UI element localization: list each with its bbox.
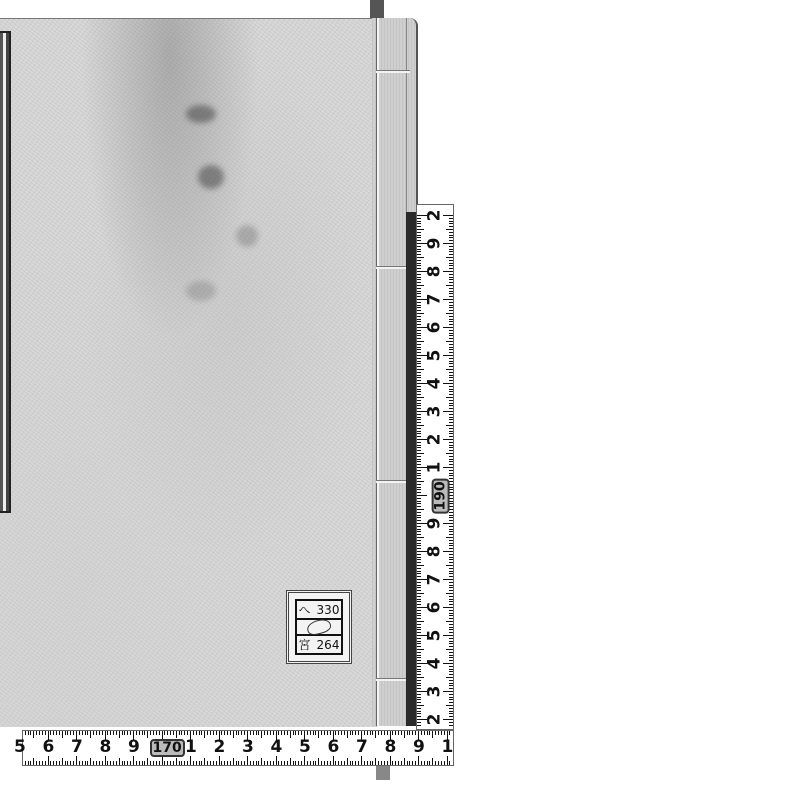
ruler-tick (449, 400, 453, 401)
ruler-tick (449, 352, 453, 353)
ruler-tick (449, 405, 453, 406)
ruler-tick (449, 562, 453, 563)
ruler-tick (449, 316, 453, 317)
ruler-tick (417, 638, 421, 639)
ruler-tick (270, 761, 271, 765)
ruler-tick (417, 641, 421, 642)
ruler-tick (417, 627, 421, 628)
ruler-tick (318, 731, 319, 738)
ruler-tick (449, 638, 453, 639)
ruler-tick (417, 568, 421, 569)
ruler-tick (435, 761, 436, 765)
ruler-tick (417, 464, 421, 465)
page-shadow-edge (406, 212, 416, 726)
ruler-tick (417, 305, 421, 306)
ruler-tick (417, 599, 421, 600)
ruler-tick (449, 456, 453, 457)
ruler-tick (358, 761, 359, 765)
ruler-tick (147, 758, 148, 765)
ruler-tick (238, 761, 239, 765)
seal-stamp-icon (306, 617, 333, 637)
ruler-tick (59, 761, 60, 765)
binding-stitch (376, 480, 410, 483)
ruler-tick (273, 731, 274, 735)
ruler-tick (446, 313, 453, 314)
ruler-tick (449, 344, 453, 345)
ruler-tick (150, 761, 151, 765)
ruler-tick (417, 503, 421, 504)
ruler-tick (417, 422, 421, 423)
ruler-tick (102, 761, 103, 765)
ruler-tick (417, 475, 421, 476)
ruler-tick (417, 282, 421, 283)
ruler-tick (184, 731, 185, 735)
ruler-tick (443, 607, 453, 608)
label-number: 330 (317, 603, 340, 617)
ruler-tick (256, 761, 257, 765)
ruler-tick (449, 475, 453, 476)
ruler-tick (417, 324, 421, 325)
ruler-tick (446, 285, 453, 286)
ruler-tick (417, 237, 421, 238)
ruler-tick (350, 731, 351, 735)
binding-strap-bottom (376, 766, 390, 780)
ruler-tick (417, 557, 421, 558)
ruler-tick (417, 632, 421, 633)
ruler-tick (443, 243, 453, 244)
ruler-tick (390, 756, 391, 765)
horizontal-measuring-ruler: 567891701234567891 (22, 730, 454, 766)
ruler-tick (449, 265, 453, 266)
ruler-tick (147, 731, 148, 738)
ruler-tick (417, 601, 421, 602)
ruler-tick (432, 758, 433, 765)
ruler-tick (417, 711, 421, 712)
ruler-tick (449, 534, 453, 535)
ruler-tick (417, 669, 421, 670)
ruler-tick (30, 731, 31, 735)
ruler-tick (449, 307, 453, 308)
ruler-tick (417, 232, 421, 233)
ruler-tick (50, 731, 51, 735)
ruler-tick (153, 761, 154, 765)
ruler-tick (82, 731, 83, 735)
ruler-tick (449, 268, 453, 269)
ruler-tick (449, 571, 453, 572)
ruler-tick (449, 459, 453, 460)
ruler-label: 4 (271, 739, 283, 756)
ruler-tick (417, 473, 421, 474)
ruler-tick (415, 761, 416, 765)
ruler-tick (449, 386, 453, 387)
ruler-tick (449, 515, 453, 516)
ruler-tick (417, 347, 421, 348)
ruler-tick (417, 257, 424, 258)
ruler-tick (417, 618, 421, 619)
ruler-tick (443, 299, 453, 300)
ruler-tick (449, 671, 453, 672)
label-row-3: 宮 264 (297, 636, 341, 653)
ruler-tick (417, 291, 421, 292)
ruler-tick (443, 355, 453, 356)
ruler-tick (417, 545, 421, 546)
ruler-tick (53, 731, 54, 735)
ruler-tick (417, 363, 421, 364)
ruler-tick (253, 761, 254, 765)
ruler-tick (36, 731, 37, 735)
ruler-tick (449, 408, 453, 409)
ruler-tick (67, 761, 68, 765)
ruler-tick (207, 761, 208, 765)
ruler-tick (417, 433, 421, 434)
ruler-tick (401, 761, 402, 765)
ruler-label: 6 (328, 739, 340, 756)
ruler-tick (417, 386, 421, 387)
ruler-tick (321, 731, 322, 735)
ruler-label: 6 (426, 322, 443, 334)
ruler-tick (278, 731, 279, 735)
ruler-tick (449, 613, 453, 614)
ruler-tick (181, 731, 182, 735)
ruler-tick (417, 484, 421, 485)
ruler-tick (407, 761, 408, 765)
ruler-tick (347, 758, 348, 765)
ruler-tick (417, 559, 421, 560)
ruler-tick (417, 369, 424, 370)
ruler-tick (50, 761, 51, 765)
ruler-tick (449, 291, 453, 292)
ruler-tick (238, 731, 239, 735)
ruler-tick (449, 380, 453, 381)
ruler-tick (25, 731, 26, 735)
ruler-tick (449, 716, 453, 717)
ruler-tick (378, 731, 379, 735)
ruler-tick (250, 761, 251, 765)
ruler-tick (449, 436, 453, 437)
ruler-tick (324, 761, 325, 765)
ruler-tick (199, 761, 200, 765)
ruler-tick (449, 363, 453, 364)
ruler-tick (417, 666, 421, 667)
ruler-tick (417, 277, 421, 278)
ruler-tick (443, 467, 453, 468)
ruler-tick (443, 383, 453, 384)
ruler-tick (184, 761, 185, 765)
ruler-label: 1 (185, 739, 197, 756)
ruler-tick (449, 722, 453, 723)
ruler-tick (417, 251, 421, 252)
ruler-tick (449, 422, 453, 423)
ruler-tick (449, 643, 453, 644)
ruler-tick (449, 358, 453, 359)
ruler-tick (127, 761, 128, 765)
ruler-tick (290, 758, 291, 765)
ruler-tick (417, 517, 421, 518)
ruler-tick (417, 445, 421, 446)
ruler-tick (417, 646, 421, 647)
ruler-tick (417, 649, 424, 650)
ruler-tick (417, 408, 421, 409)
ruler-tick (449, 526, 453, 527)
ruler-tick (417, 470, 421, 471)
ruler-tick (449, 697, 453, 698)
ruler-tick (307, 761, 308, 765)
ruler-tick (417, 573, 421, 574)
ruler-tick (90, 731, 91, 738)
ruler-tick (447, 756, 448, 765)
ruler-tick (167, 761, 168, 765)
ruler-tick (45, 761, 46, 765)
ruler-tick (449, 520, 453, 521)
ruler-tick (449, 361, 453, 362)
ruler-tick (335, 731, 336, 735)
ruler-tick (417, 565, 424, 566)
ruler-tick (443, 439, 453, 440)
ruler-tick (449, 674, 453, 675)
ruler-tick (375, 731, 376, 738)
ruler-tick (295, 731, 296, 735)
binding-stitch (376, 266, 410, 269)
ruler-tick (443, 411, 453, 412)
ruler-tick (417, 660, 421, 661)
ruler-tick (48, 756, 49, 765)
ruler-tick (417, 481, 424, 482)
ruler-tick (417, 361, 421, 362)
ruler-tick (176, 731, 177, 738)
ruler-tick (233, 731, 234, 738)
ruler-tick (446, 621, 453, 622)
ruler-tick (267, 761, 268, 765)
ruler-tick (449, 321, 453, 322)
ruler-tick (62, 731, 63, 738)
ruler-tick (196, 761, 197, 765)
ruler-tick (449, 274, 453, 275)
ruler-tick (142, 731, 143, 735)
ruler-tick (417, 643, 421, 644)
ruler-tick (417, 218, 421, 219)
ruler-tick (261, 758, 262, 765)
ruler-tick (417, 249, 421, 250)
ruler-tick (417, 697, 421, 698)
ruler-tick (449, 372, 453, 373)
ruler-tick (221, 731, 222, 735)
ruler-tick (417, 478, 421, 479)
ruler-tick (417, 543, 421, 544)
ruler-tick (417, 293, 421, 294)
ruler-tick (417, 226, 421, 227)
ruler-label: 2 (426, 714, 443, 726)
ruler-tick (42, 761, 43, 765)
ruler-tick (417, 263, 421, 264)
ruler-tick (417, 702, 421, 703)
ruler-tick (130, 731, 131, 735)
ruler-tick (162, 756, 163, 765)
ruler-tick (338, 761, 339, 765)
ruler-tick (449, 660, 453, 661)
ruler-tick (264, 761, 265, 765)
ruler-tick (270, 731, 271, 735)
ruler-tick (417, 699, 421, 700)
ruler-tick (330, 761, 331, 765)
ruler-tick (449, 237, 453, 238)
ruler-tick (417, 349, 421, 350)
ruler-tick (244, 731, 245, 735)
ruler-tick (449, 512, 453, 513)
ruler-tick (190, 756, 191, 765)
ruler-tick (444, 731, 445, 735)
ruler-tick (443, 635, 453, 636)
ruler-tick (130, 761, 131, 765)
ruler-label: 5 (426, 350, 443, 362)
ruler-tick (417, 520, 421, 521)
ruler-tick (446, 649, 453, 650)
ruler-tick (156, 731, 157, 735)
ruler-tick (42, 731, 43, 735)
ruler-tick (449, 232, 453, 233)
stain-mark (186, 281, 216, 301)
ruler-tick (395, 761, 396, 765)
ruler-tick (417, 652, 421, 653)
ruler-tick (417, 235, 421, 236)
ruler-tick (449, 428, 453, 429)
ruler-tick (435, 731, 436, 735)
ruler-tick (96, 731, 97, 735)
ruler-tick (150, 731, 151, 735)
ruler-tick (113, 731, 114, 735)
ruler-tick (449, 305, 453, 306)
ruler-tick (427, 731, 428, 735)
ruler-tick (449, 615, 453, 616)
ruler-tick (417, 425, 424, 426)
ruler-tick (204, 731, 205, 738)
ruler-tick (417, 316, 421, 317)
ruler-tick (96, 761, 97, 765)
ruler-tick (418, 756, 419, 765)
ruler-tick (417, 708, 421, 709)
ruler-tick (73, 731, 74, 735)
ruler-tick (73, 761, 74, 765)
ruler-tick (449, 548, 453, 549)
ruler-tick (213, 731, 214, 735)
ruler-tick (432, 731, 433, 738)
ruler-tick (429, 731, 430, 735)
ruler-tick (449, 470, 453, 471)
ruler-tick (446, 257, 453, 258)
ruler-tick (261, 731, 262, 738)
ruler-tick (417, 403, 421, 404)
ruler-tick (449, 576, 453, 577)
ruler-tick (417, 716, 421, 717)
ruler-tick (417, 576, 421, 577)
binding-stitch (376, 70, 410, 73)
ruler-tick (79, 731, 80, 735)
ruler-tick (256, 731, 257, 735)
ruler-tick (443, 719, 453, 720)
ruler-tick (417, 436, 421, 437)
ruler-label: 190 (432, 478, 450, 513)
ruler-tick (417, 680, 421, 681)
ruler-tick (370, 731, 371, 735)
stain-mark (186, 105, 216, 123)
ruler-tick (446, 425, 453, 426)
ruler-tick (216, 731, 217, 735)
ruler-label: 9 (413, 739, 425, 756)
ruler-tick (446, 397, 453, 398)
ruler-tick (449, 347, 453, 348)
ruler-tick (36, 761, 37, 765)
ruler-tick (384, 761, 385, 765)
ruler-tick (449, 573, 453, 574)
ruler-tick (301, 731, 302, 735)
ruler-tick (324, 731, 325, 735)
ruler-tick (278, 761, 279, 765)
ruler-tick (344, 761, 345, 765)
ruler-tick (417, 450, 421, 451)
ruler-tick (39, 761, 40, 765)
ruler-tick (67, 731, 68, 735)
ruler-tick (290, 731, 291, 738)
ruler-tick (367, 731, 368, 735)
ruler-tick (417, 613, 421, 614)
binding-strap-top (370, 0, 384, 18)
ruler-tick (449, 417, 453, 418)
ruler-tick (443, 551, 453, 552)
ruler-label: 2 (214, 739, 226, 756)
ruler-tick (241, 761, 242, 765)
ruler-tick (70, 731, 71, 735)
ruler-tick (417, 492, 421, 493)
ruler-tick (417, 352, 421, 353)
ruler-tick (446, 705, 453, 706)
ruler-tick (449, 590, 453, 591)
ruler-tick (449, 557, 453, 558)
ruler-tick (417, 540, 421, 541)
ruler-tick (318, 758, 319, 765)
ruler-tick (153, 731, 154, 735)
ruler-tick (287, 761, 288, 765)
spine-fold-line (376, 18, 379, 726)
ruler-tick (417, 419, 421, 420)
ruler-tick (417, 531, 421, 532)
ruler-tick (99, 731, 100, 735)
ruler-tick (417, 229, 424, 230)
ruler-tick (298, 731, 299, 735)
ruler-tick (417, 554, 421, 555)
ruler-tick (293, 761, 294, 765)
ruler-tick (421, 731, 422, 735)
ruler-tick (417, 655, 421, 656)
ruler-tick (417, 274, 421, 275)
ruler-tick (207, 731, 208, 735)
ruler-tick (224, 761, 225, 765)
ruler-tick (159, 731, 160, 735)
ruler-tick (122, 761, 123, 765)
ruler-tick (417, 571, 421, 572)
ruler-tick (417, 677, 424, 678)
ruler-label: 8 (426, 266, 443, 278)
ruler-tick (219, 756, 220, 765)
ruler-tick (119, 758, 120, 765)
ruler-tick (417, 456, 421, 457)
ruler-tick (417, 512, 421, 513)
ruler-tick (417, 414, 421, 415)
ruler-tick (449, 333, 453, 334)
ruler-tick (417, 498, 421, 499)
ruler-tick (333, 756, 334, 765)
ruler-tick (449, 641, 453, 642)
ruler-tick (444, 761, 445, 765)
ruler-tick (364, 731, 365, 735)
